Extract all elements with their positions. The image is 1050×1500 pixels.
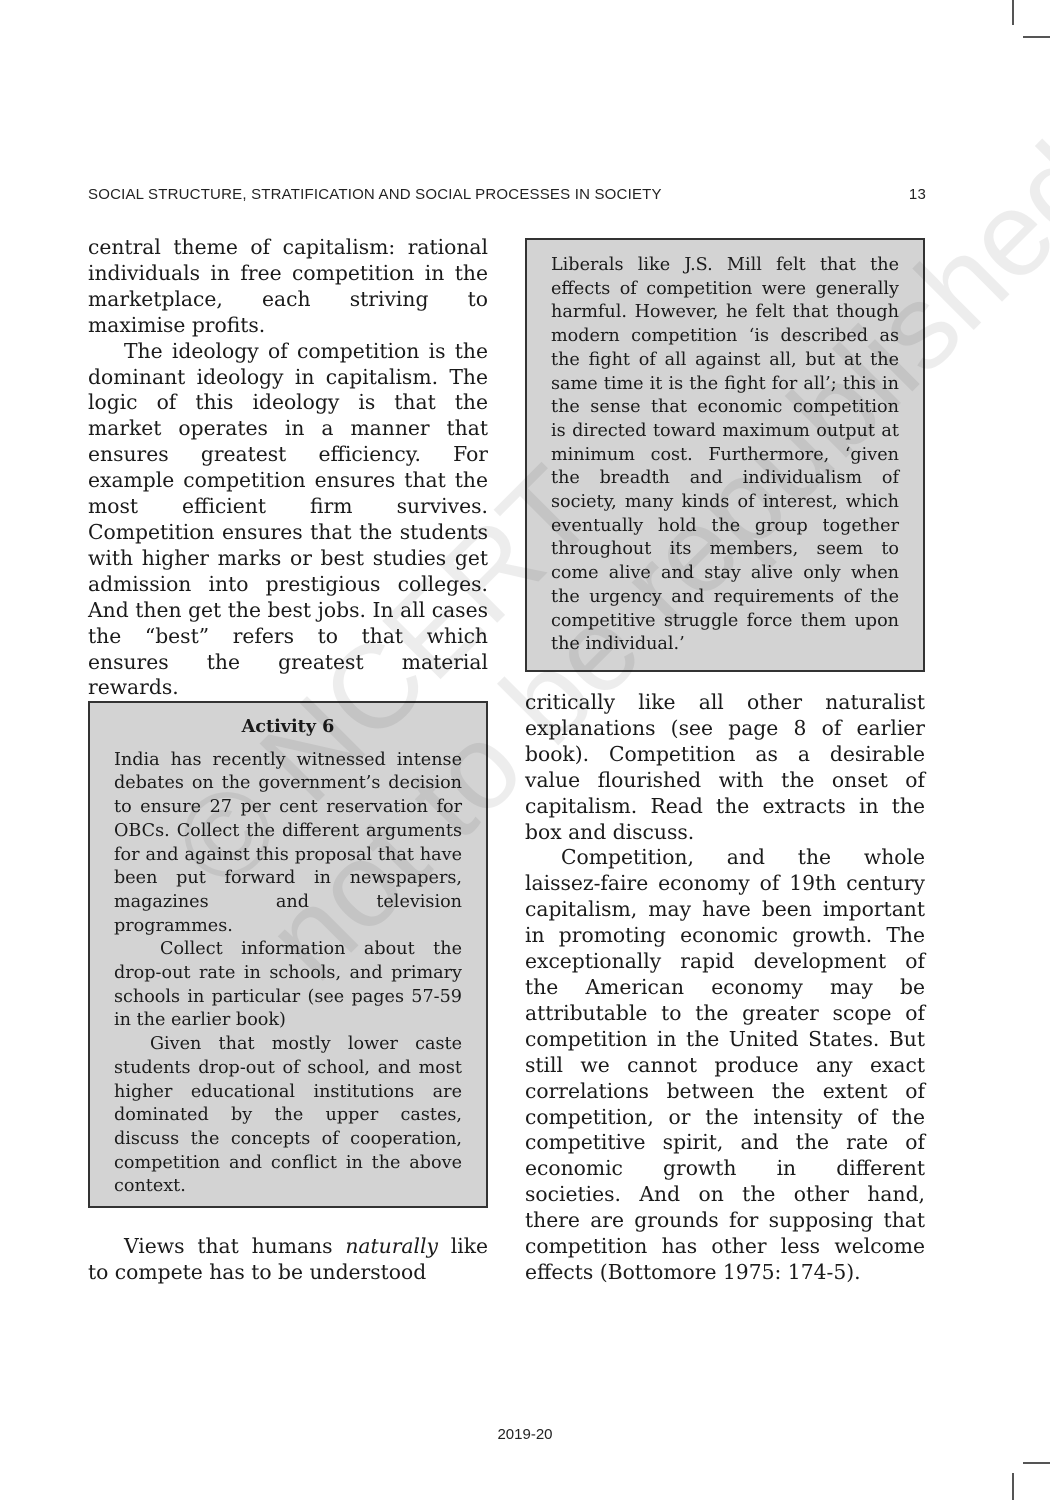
running-title: SOCIAL STRUCTURE, STRATIFICATION AND SOC… <box>88 186 662 203</box>
crop-mark-top-vertical <box>1012 0 1014 25</box>
paragraph: Views that humans naturally like to comp… <box>88 1234 488 1286</box>
activity-paragraph: Collect information about the drop-out r… <box>114 938 462 1033</box>
right-column: critically like all other naturalist exp… <box>525 690 925 1286</box>
crop-mark-bottom-horizontal <box>1023 1462 1050 1464</box>
footer-year: 2019-20 <box>0 1426 1050 1443</box>
activity-title: Activity 6 <box>114 715 462 739</box>
left-column-bottom: Views that humans naturally like to comp… <box>88 1234 488 1286</box>
left-column-top: central theme of capitalism: rational in… <box>88 235 488 701</box>
paragraph: central theme of capitalism: rational in… <box>88 235 488 339</box>
paragraph: critically like all other naturalist exp… <box>525 690 925 845</box>
crop-mark-bottom-vertical <box>1012 1473 1014 1500</box>
activity-box: Activity 6 India has recently witnessed … <box>88 701 488 1208</box>
quote-text: Liberals like J.S. Mill felt that the ef… <box>551 254 899 657</box>
crop-mark-top-horizontal <box>1023 36 1050 38</box>
running-header: SOCIAL STRUCTURE, STRATIFICATION AND SOC… <box>88 186 928 203</box>
activity-paragraph: Given that mostly lower caste students d… <box>114 1033 462 1199</box>
paragraph: The ideology of competition is the domin… <box>88 339 488 702</box>
page-number: 13 <box>909 186 926 203</box>
paragraph: Competition, and the whole laissez-faire… <box>525 845 925 1285</box>
emphasis: naturally <box>345 1234 438 1258</box>
activity-paragraph: India has recently witnessed intense deb… <box>114 749 462 939</box>
quote-box: Liberals like J.S. Mill felt that the ef… <box>525 238 925 672</box>
